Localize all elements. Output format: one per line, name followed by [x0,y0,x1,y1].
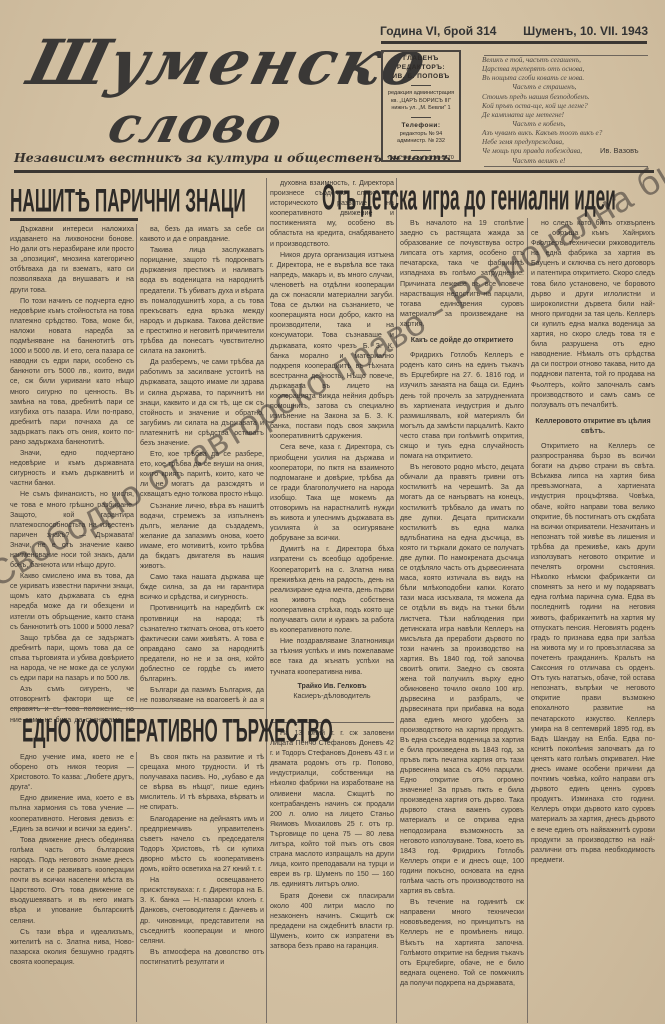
paragraph: Едно движение има, което е въ пълна харм… [10,793,134,833]
newspaper-logo: Шуменско слово [18,18,318,148]
poem-line: Азъ чувамъ викъ. Какъвъ тоозъ викъ е? [482,129,658,138]
poem-line: Часътъ великъ е! [482,157,658,166]
paragraph: Значи, едно подчертано недовѣрие и къмъ … [10,448,134,488]
paragraph: Противницитѣ на наредбитѣ сж противници … [140,603,264,684]
paragraph: Да разберемъ, че сами трѣбва да работимъ… [140,357,264,448]
masthead-rule [14,170,654,173]
article-coop-continued: духовна взаимность, г. Директора произне… [270,178,394,702]
paragraph: Държавни интереси наложиха издаването на… [10,224,134,295]
paragraph: Благодарение на дейнаятъ имъ и предприем… [140,814,264,875]
issue-number: Година VI, брой 314 [380,24,496,38]
paragraph: По този начинъ се подчерта едно недовѣри… [10,296,134,447]
paragraph: Въ началото на 19 столѣтие заедно съ рас… [400,218,524,329]
tagline: Независимъ вестникъ за култура и обществ… [14,150,344,165]
divider [411,117,431,118]
address-line: нижнъ ул. „М. Бевли“ 1 [385,105,457,113]
column-rule [136,224,137,702]
editor-title: ГЛАВЕНЪ РЕДАКТОРЪ: [385,55,457,73]
paragraph: Ние поздравляваме Златнонивци за тѣхния … [270,636,394,676]
place-date: Шуменъ, 10. VII. 1943 [523,24,648,38]
author-signature: Трайко Ив. ГелковъКасиеръ-дѣловодитель к… [270,681,394,702]
poem-line: Въ нощьта сгоби ковать се нова. [482,74,658,83]
column-rule [136,752,137,1022]
column-rule [396,178,397,1023]
paragraph: Ето, кое трѣбва да се разбере, ето, кое … [140,449,264,499]
logo-line-1: Шуменско [22,32,434,94]
column-rule [527,218,528,1023]
column-rule [266,178,267,1023]
signature-name: Трайко Ив. Гелковъ [270,681,394,691]
subheading: Какъ се дойде до откритието [400,335,524,345]
paragraph: Братя Доневи сж пласирали около 400 литр… [270,891,394,952]
logo-line-2: слово [104,100,288,150]
paragraph: Българи да пазимъ България, да не позвол… [140,685,264,702]
address-line: кв. „ЦАРЪ БОРИСЪ III“ [385,98,457,106]
newspaper-page: Шуменско слово Независимъ вестникъ за ку… [0,0,665,1024]
phones-title: Телефони: [385,122,457,131]
poem-line: Великъ е той, часътъ сегашенъ, [482,56,658,65]
paragraph: Такива лица заслужаватъ порицание, защот… [140,245,264,356]
paragraph: Въ течение на годинитѣ сж направени мног… [400,897,524,988]
paragraph: Не съмъ финансистъ, но мисля, че това е … [10,489,134,570]
poem-line: Де кампмата ще метегне! [482,111,658,120]
paragraph: Това движение днесъ обединява голѣма час… [10,835,134,926]
headline-coop-celebration: ЕДНО КООПЕРАТИВНО ТЪРЖЕСТВО [22,716,333,748]
article-divider [10,708,264,709]
paragraph: Фридрихъ Готлобъ Келлеръ е роденъ като с… [400,350,524,461]
article-oil-news: На 13 юний т. г. сж заловени лицата Пенч… [270,728,394,1018]
phone-line: редакторъ № 94 [385,131,457,139]
divider [411,85,431,86]
account-line: Пощ. чек. сметка № 6470 [385,155,457,163]
article-paper-col2: но следъ като билъ отхвърленъ се обръща … [531,218,655,1018]
paragraph: Въ атмосфера на доволство отъ постигнати… [140,947,264,967]
editor-box: ГЛАВЕНЪ РЕДАКТОРЪ: ИВ. Б. ПОПОВЪ редакци… [381,50,461,162]
poem-bottom-rule [484,166,648,167]
issue-line: Година VI, брой 314 Шуменъ, 10. VII. 194… [380,24,648,38]
poem-line: Часътъ е кобенъ, [482,120,658,129]
paragraph: На освещаването присжтствуваха: г. г. Ди… [140,875,264,946]
poem-line: Стоимъ предъ нашия безподобенъ. [482,93,658,102]
poem-line: Царства трепeрятъ отъ основа, [482,65,658,74]
paragraph: На 13 юний т. г. сж заловени лицата Пенч… [270,728,394,890]
paragraph: ва, безъ да иматъ за себе си каквото и д… [140,224,264,244]
paragraph: Въ своя пжть на развитие и тѣ срещаха мн… [140,752,264,813]
editor-name: ИВ. Б. ПОПОВЪ [385,73,457,82]
poem-line: Кой пръвъ оста-ще, кой ще легне? [482,102,658,111]
paragraph: Съ тази вѣра и идеализъмъ, жителитѣ на с… [10,927,134,967]
paragraph: Откритието на Келлеръ се разпространява … [531,441,655,865]
issue-rule [381,41,647,44]
headline-paper: Отъ детска игра до гениални идеи [322,180,616,216]
subheading: Келлеровото откритие въ цѣлия свѣтъ. [531,416,655,436]
phone-line: администр. № 232 [385,138,457,146]
paragraph: но следъ като билъ отхвърленъ се обръща … [531,218,655,410]
headline-banknotes: НАШИТѢ ПАРИЧНИ ЗНАЦИ [10,185,246,218]
paragraph: Въ неговото родно мѣсто, децата обичали … [400,462,524,896]
article-banknotes-col2: ва, безъ да иматъ за себе си каквото и д… [140,224,264,702]
divider [411,150,431,151]
article-banknotes-col1: Държавни интереси наложиха издаването на… [10,224,134,724]
paragraph: Думитѣ на г. Директора бѣха изпратени съ… [270,544,394,635]
poem-line: Часътъ е страшенъ, [482,83,658,92]
paragraph: Едно учение има, което не е оборено отъ … [10,752,134,792]
article-coop-celebration-col2: Въ своя пжть на развитие и тѣ срещаха мн… [140,752,264,1022]
paragraph: Съзнание лично, вѣра въ нашитѣ водачи, с… [140,501,264,572]
signature-role: Касиеръ-дѣловодитель кооперацията с. Пли… [282,692,382,702]
paragraph: Какво смислено има въ това, да се укрива… [10,571,134,632]
paragraph: Никоя друга организация изтъкна г. Дирек… [270,250,394,442]
paragraph: Само така нашата държава ще бжде силна, … [140,572,264,602]
paragraph: Защо трѣбва да се задържатъ дребнитѣ пар… [10,633,134,683]
article-paper-col1: Въ началото на 19 столѣтие заедно съ рас… [400,218,524,1018]
paragraph: Сега вече, каза г. Директора, съ приобще… [270,442,394,543]
poem-author: Ив. Вазовъ [600,146,639,155]
headline-underline [10,218,138,221]
article-coop-celebration-col1: Едно учение има, което не е оборено отъ … [10,752,134,1022]
address-line: редакция администрация [385,90,457,98]
